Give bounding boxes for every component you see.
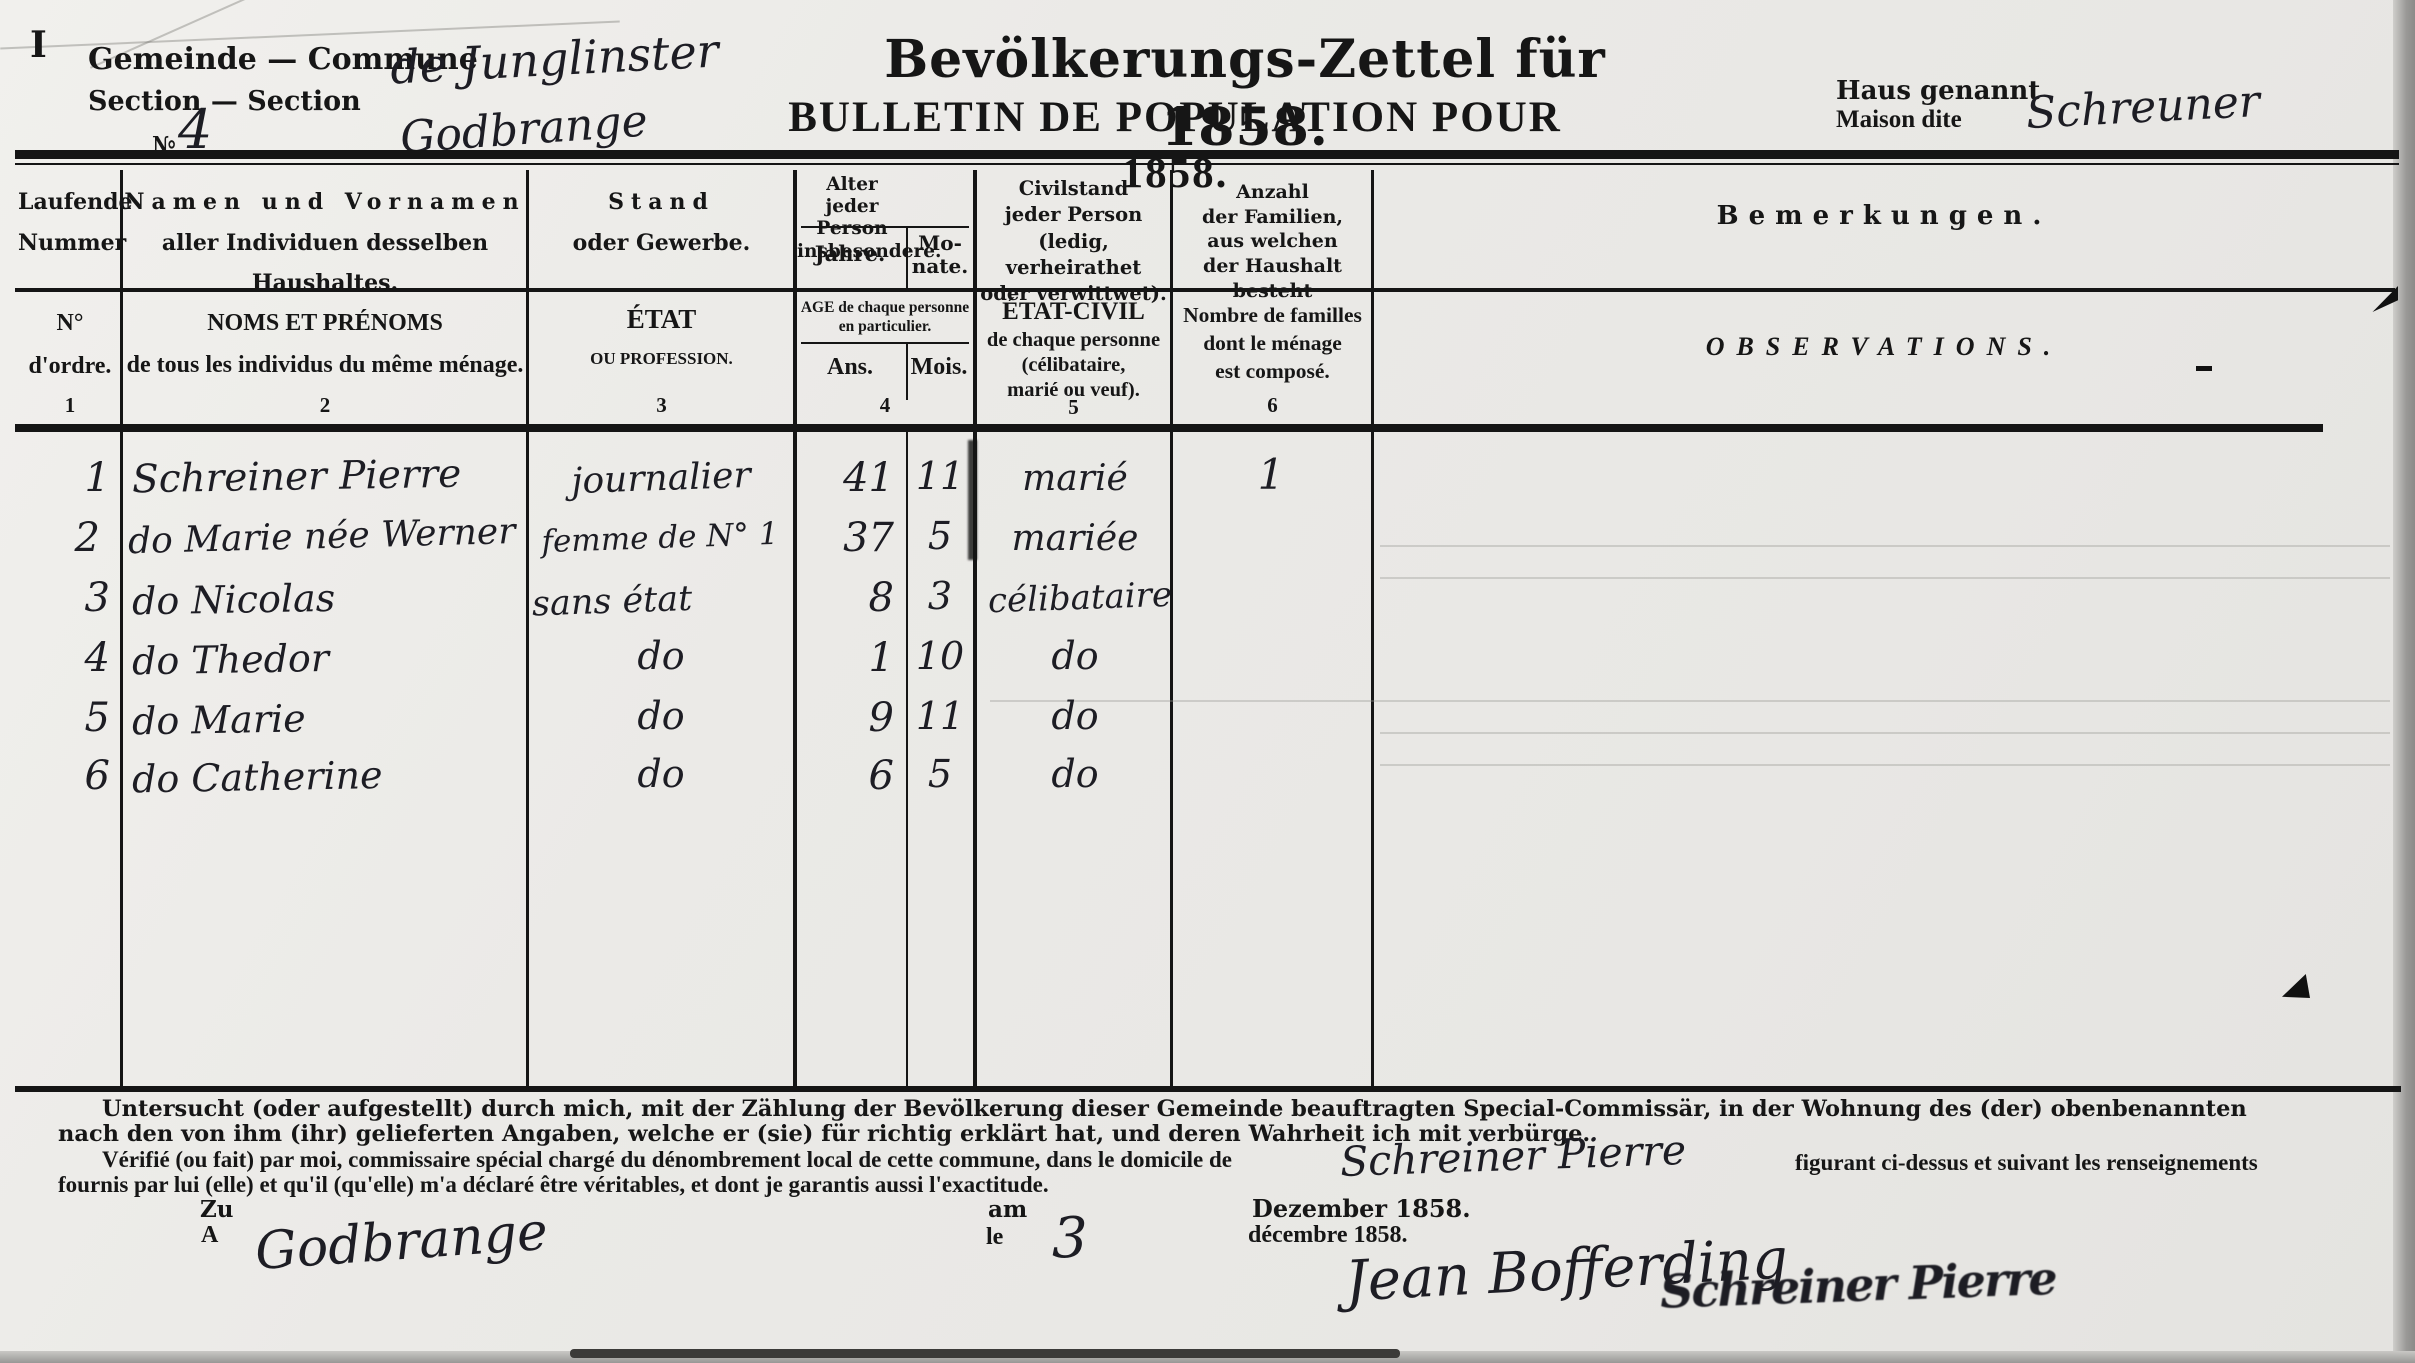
row-civil-status: célibataire — [969, 572, 1190, 624]
row-age-years: 8 — [800, 572, 894, 624]
row-age-months: 11 — [910, 692, 970, 741]
row-order-number: 2 — [30, 512, 100, 564]
row-age-years: 6 — [800, 750, 894, 802]
row-profession: journalier — [531, 452, 790, 508]
census-form-scan: I Gemeinde — Commune de Junglinster Sect… — [0, 0, 2415, 1363]
header-fr-observations: OBSERVATIONS. — [1375, 330, 2393, 364]
ink-blot — [2282, 974, 2310, 998]
header-de-years: Jahre. — [797, 240, 903, 267]
header-fr-profession-num: 3 — [530, 392, 793, 419]
header-fr-profession-line1: ÉTAT — [530, 302, 793, 337]
row-order-number: 1 — [40, 452, 110, 504]
header-fr-civil-line1: ÉTAT-CIVIL — [977, 296, 1170, 329]
month-german: Dezember 1858. — [1252, 1194, 1471, 1223]
date-label-german: am — [988, 1196, 1027, 1223]
header-de-civil: Civilstand jeder Person (ledig, verheira… — [977, 176, 1170, 308]
row-age-months: 5 — [910, 750, 970, 799]
row-civil-status: do — [977, 692, 1173, 741]
row-age-years: 9 — [800, 692, 894, 744]
row-age-years: 1 — [800, 632, 894, 684]
faint-line — [1380, 732, 2390, 734]
footer-french-line2: fournis par lui (elle) et qu'il (qu'elle… — [58, 1172, 1049, 1198]
faint-line — [990, 700, 2390, 702]
footer-french-line1: Vérifié (ou fait) par moi, commissaire s… — [102, 1147, 1232, 1173]
header-fr-years: Ans. — [797, 352, 903, 383]
row-civil-status: do — [977, 632, 1173, 681]
row-order-number: 5 — [40, 692, 110, 744]
row-name: do Thedor — [132, 631, 523, 687]
place-label-french: A — [201, 1222, 218, 1249]
header-fr-age-num: 4 — [797, 392, 973, 419]
header-fr-months: Mois. — [906, 352, 972, 383]
scan-edge-right — [2393, 0, 2415, 1363]
header-fr-families: Nombre de familles dont le ménage est co… — [1174, 302, 1371, 386]
header-fr-civil-num: 5 — [977, 394, 1170, 421]
header-fr-order: N° d'ordre. — [18, 302, 122, 388]
row-profession: femme de N° 1 — [527, 513, 792, 562]
header-fr-profession-line2: OU PROFESSION. — [530, 348, 793, 370]
row-order-number: 3 — [40, 572, 110, 624]
header-de-profession: Stand oder Gewerbe. — [530, 182, 793, 263]
month-french: décembre 1858. — [1248, 1222, 1408, 1249]
row-profession: do — [532, 750, 790, 799]
header-fr-names: NOMS ET PRÉNOMS de tous les individus du… — [124, 302, 526, 386]
footer-french-line1-end: figurant ci-dessus et suivant les rensei… — [1795, 1150, 2258, 1176]
row-families-count: 1 — [1176, 448, 1366, 503]
corner-numeral: I — [30, 24, 47, 66]
row-name: do Nicolas — [132, 571, 523, 627]
row-age-years: 41 — [800, 452, 894, 504]
house-label-french: Maison dite — [1836, 106, 1962, 134]
place-label-german: Zu — [200, 1196, 234, 1223]
house-handwritten-value: Schreuner — [2025, 76, 2261, 139]
faint-line — [1380, 577, 2390, 579]
row-profession: do — [532, 692, 790, 741]
row-age-months: 11 — [910, 452, 970, 501]
row-name: do Catherine — [132, 749, 523, 805]
header-de-order: Laufende Nummer — [18, 182, 122, 263]
header-de-months: Mo- nate. — [908, 232, 972, 278]
row-profession: do — [532, 632, 790, 681]
place-handwritten-value: Godbrange — [253, 1202, 549, 1282]
row-civil-status: mariée — [977, 516, 1173, 563]
column-line — [1170, 170, 1173, 1086]
age-brace-line — [801, 342, 969, 344]
column-line — [1371, 170, 1374, 1086]
rule-top-thin — [15, 163, 2399, 165]
ink-dash — [2196, 366, 2212, 371]
header-de-families: Anzahl der Familien, aus welchen der Hau… — [1174, 180, 1371, 303]
row-name: do Marie née Werner — [127, 509, 526, 566]
rule-top-thick — [15, 150, 2399, 159]
header-fr-order-num: 1 — [18, 392, 122, 419]
row-order-number: 4 — [40, 632, 110, 684]
age-subcolumn-line — [906, 432, 908, 1086]
row-name: do Marie — [132, 691, 523, 747]
row-age-months: 10 — [910, 632, 970, 681]
header-fr-civil-rest: de chaque personne (célibataire, marié o… — [977, 328, 1170, 403]
faint-line — [1380, 545, 2390, 547]
age-brace-line — [801, 226, 969, 228]
row-age-years: 37 — [800, 512, 894, 564]
rule-header-bottom — [15, 424, 2323, 432]
row-civil-status: do — [977, 750, 1173, 799]
row-profession: sans état — [531, 574, 790, 628]
row-age-months: 3 — [910, 572, 970, 621]
header-fr-families-num: 6 — [1174, 392, 1371, 419]
header-de-names: Namen und Vornamen aller Individuen dess… — [124, 182, 526, 304]
faint-line — [1380, 764, 2390, 766]
row-order-number: 6 — [40, 750, 110, 802]
scan-shadow-bottom — [570, 1349, 1400, 1358]
row-age-months: 5 — [910, 512, 970, 561]
row-name: Schreiner Pierre — [132, 449, 523, 506]
date-day-handwritten-value: 3 — [1052, 1206, 1088, 1271]
rule-table-bottom — [15, 1086, 2401, 1092]
header-de-remarks: Bemerkungen. — [1375, 200, 2393, 234]
section-label: Section — Section — [88, 86, 361, 117]
row-civil-status: marié — [977, 456, 1173, 503]
commune-handwritten-value: de Junglinster — [389, 23, 720, 94]
header-fr-age: AGE de chaque personne en particulier. — [797, 298, 973, 337]
date-label-french: le — [986, 1224, 1003, 1251]
header-fr-names-num: 2 — [124, 392, 526, 419]
house-label-german: Haus genannt — [1836, 76, 2040, 106]
footer-german-line1: Untersucht (oder aufgestellt) durch mich… — [102, 1096, 2247, 1122]
column-line — [526, 170, 529, 1086]
